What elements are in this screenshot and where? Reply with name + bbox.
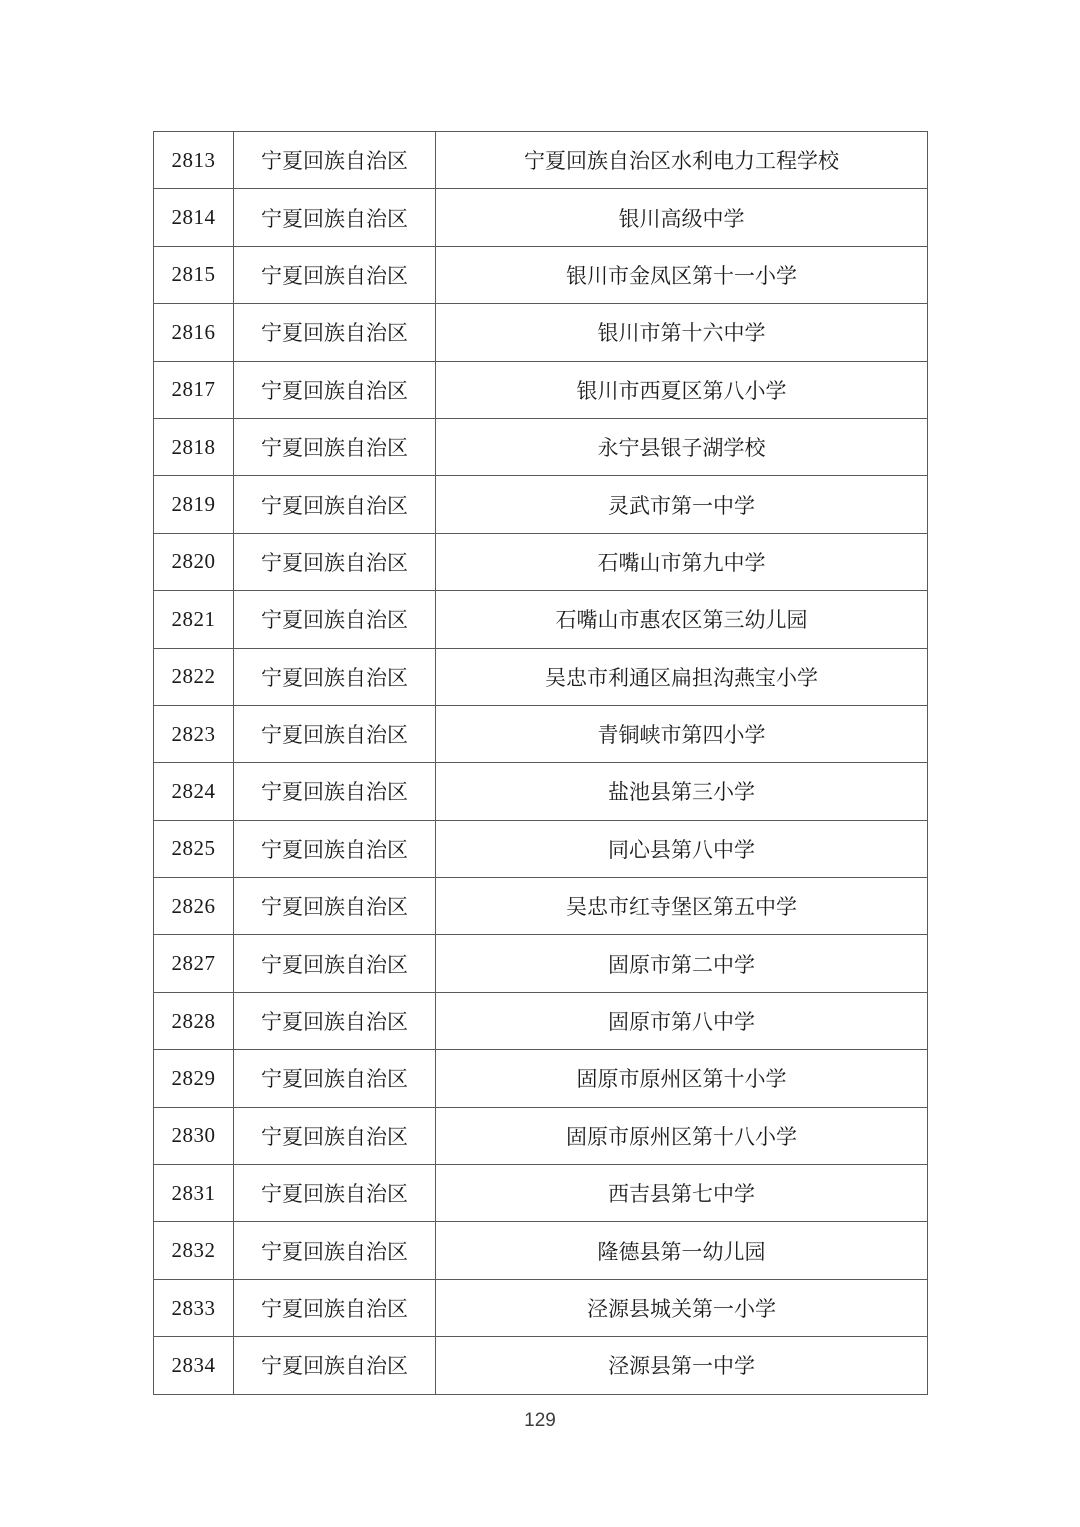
school-name-cell: 灵武市第一中学 <box>436 476 928 533</box>
row-number-cell: 2822 <box>154 648 234 705</box>
row-number-cell: 2826 <box>154 878 234 935</box>
table-row: 2829宁夏回族自治区固原市原州区第十小学 <box>154 1050 928 1107</box>
row-number-cell: 2814 <box>154 189 234 246</box>
row-number-cell: 2828 <box>154 992 234 1049</box>
row-number-cell: 2815 <box>154 246 234 303</box>
table-row: 2814宁夏回族自治区银川高级中学 <box>154 189 928 246</box>
row-number-cell: 2831 <box>154 1165 234 1222</box>
table-row: 2816宁夏回族自治区银川市第十六中学 <box>154 304 928 361</box>
school-list-table: 2813宁夏回族自治区宁夏回族自治区水利电力工程学校2814宁夏回族自治区银川高… <box>153 131 928 1395</box>
region-cell: 宁夏回族自治区 <box>234 1337 436 1394</box>
table-row: 2818宁夏回族自治区永宁县银子湖学校 <box>154 418 928 475</box>
region-cell: 宁夏回族自治区 <box>234 820 436 877</box>
row-number-cell: 2830 <box>154 1107 234 1164</box>
row-number-cell: 2827 <box>154 935 234 992</box>
row-number-cell: 2817 <box>154 361 234 418</box>
row-number-cell: 2820 <box>154 533 234 590</box>
school-name-cell: 吴忠市利通区扁担沟燕宝小学 <box>436 648 928 705</box>
school-name-cell: 宁夏回族自治区水利电力工程学校 <box>436 132 928 189</box>
school-name-cell: 盐池县第三小学 <box>436 763 928 820</box>
school-name-cell: 银川市第十六中学 <box>436 304 928 361</box>
school-name-cell: 固原市原州区第十八小学 <box>436 1107 928 1164</box>
school-name-cell: 同心县第八中学 <box>436 820 928 877</box>
school-name-cell: 吴忠市红寺堡区第五中学 <box>436 878 928 935</box>
table-row: 2821宁夏回族自治区石嘴山市惠农区第三幼儿园 <box>154 591 928 648</box>
region-cell: 宁夏回族自治区 <box>234 1107 436 1164</box>
row-number-cell: 2819 <box>154 476 234 533</box>
table-row: 2813宁夏回族自治区宁夏回族自治区水利电力工程学校 <box>154 132 928 189</box>
table-row: 2822宁夏回族自治区吴忠市利通区扁担沟燕宝小学 <box>154 648 928 705</box>
document-page: 2813宁夏回族自治区宁夏回族自治区水利电力工程学校2814宁夏回族自治区银川高… <box>0 0 1080 1527</box>
region-cell: 宁夏回族自治区 <box>234 705 436 762</box>
region-cell: 宁夏回族自治区 <box>234 992 436 1049</box>
table-row: 2817宁夏回族自治区银川市西夏区第八小学 <box>154 361 928 418</box>
table-row: 2828宁夏回族自治区固原市第八中学 <box>154 992 928 1049</box>
region-cell: 宁夏回族自治区 <box>234 878 436 935</box>
school-name-cell: 银川市金凤区第十一小学 <box>436 246 928 303</box>
row-number-cell: 2832 <box>154 1222 234 1279</box>
table-row: 2825宁夏回族自治区同心县第八中学 <box>154 820 928 877</box>
school-name-cell: 泾源县城关第一小学 <box>436 1279 928 1336</box>
region-cell: 宁夏回族自治区 <box>234 1165 436 1222</box>
school-name-cell: 固原市原州区第十小学 <box>436 1050 928 1107</box>
school-name-cell: 永宁县银子湖学校 <box>436 418 928 475</box>
region-cell: 宁夏回族自治区 <box>234 132 436 189</box>
region-cell: 宁夏回族自治区 <box>234 1279 436 1336</box>
table-row: 2826宁夏回族自治区吴忠市红寺堡区第五中学 <box>154 878 928 935</box>
region-cell: 宁夏回族自治区 <box>234 935 436 992</box>
school-name-cell: 隆德县第一幼儿园 <box>436 1222 928 1279</box>
row-number-cell: 2823 <box>154 705 234 762</box>
school-name-cell: 泾源县第一中学 <box>436 1337 928 1394</box>
row-number-cell: 2816 <box>154 304 234 361</box>
region-cell: 宁夏回族自治区 <box>234 476 436 533</box>
region-cell: 宁夏回族自治区 <box>234 1222 436 1279</box>
page-number: 129 <box>153 1410 927 1432</box>
school-name-cell: 西吉县第七中学 <box>436 1165 928 1222</box>
school-table-body: 2813宁夏回族自治区宁夏回族自治区水利电力工程学校2814宁夏回族自治区银川高… <box>154 132 928 1395</box>
row-number-cell: 2834 <box>154 1337 234 1394</box>
table-row: 2830宁夏回族自治区固原市原州区第十八小学 <box>154 1107 928 1164</box>
region-cell: 宁夏回族自治区 <box>234 189 436 246</box>
row-number-cell: 2813 <box>154 132 234 189</box>
table-row: 2827宁夏回族自治区固原市第二中学 <box>154 935 928 992</box>
table-row: 2820宁夏回族自治区石嘴山市第九中学 <box>154 533 928 590</box>
region-cell: 宁夏回族自治区 <box>234 591 436 648</box>
table-row: 2831宁夏回族自治区西吉县第七中学 <box>154 1165 928 1222</box>
region-cell: 宁夏回族自治区 <box>234 763 436 820</box>
table-row: 2832宁夏回族自治区隆德县第一幼儿园 <box>154 1222 928 1279</box>
table-row: 2833宁夏回族自治区泾源县城关第一小学 <box>154 1279 928 1336</box>
row-number-cell: 2829 <box>154 1050 234 1107</box>
row-number-cell: 2818 <box>154 418 234 475</box>
school-name-cell: 石嘴山市惠农区第三幼儿园 <box>436 591 928 648</box>
region-cell: 宁夏回族自治区 <box>234 246 436 303</box>
row-number-cell: 2825 <box>154 820 234 877</box>
school-name-cell: 青铜峡市第四小学 <box>436 705 928 762</box>
table-row: 2834宁夏回族自治区泾源县第一中学 <box>154 1337 928 1394</box>
region-cell: 宁夏回族自治区 <box>234 361 436 418</box>
row-number-cell: 2833 <box>154 1279 234 1336</box>
region-cell: 宁夏回族自治区 <box>234 533 436 590</box>
table-row: 2823宁夏回族自治区青铜峡市第四小学 <box>154 705 928 762</box>
school-name-cell: 银川市西夏区第八小学 <box>436 361 928 418</box>
region-cell: 宁夏回族自治区 <box>234 1050 436 1107</box>
row-number-cell: 2824 <box>154 763 234 820</box>
table-row: 2824宁夏回族自治区盐池县第三小学 <box>154 763 928 820</box>
school-name-cell: 固原市第二中学 <box>436 935 928 992</box>
school-name-cell: 银川高级中学 <box>436 189 928 246</box>
school-name-cell: 固原市第八中学 <box>436 992 928 1049</box>
region-cell: 宁夏回族自治区 <box>234 648 436 705</box>
region-cell: 宁夏回族自治区 <box>234 304 436 361</box>
table-row: 2819宁夏回族自治区灵武市第一中学 <box>154 476 928 533</box>
row-number-cell: 2821 <box>154 591 234 648</box>
table-row: 2815宁夏回族自治区银川市金凤区第十一小学 <box>154 246 928 303</box>
school-name-cell: 石嘴山市第九中学 <box>436 533 928 590</box>
region-cell: 宁夏回族自治区 <box>234 418 436 475</box>
